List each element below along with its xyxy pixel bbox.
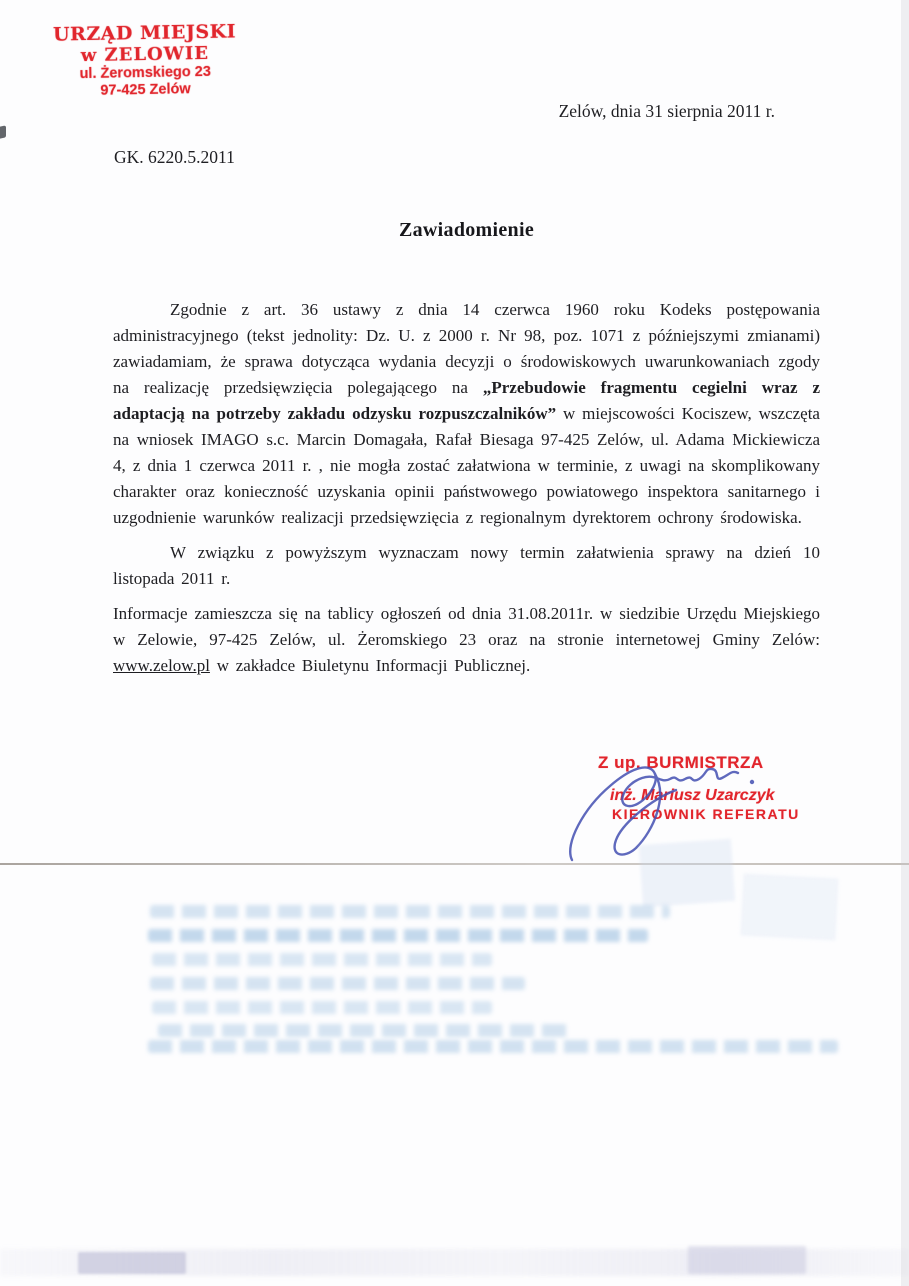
- document-title: Zawiadomienie: [113, 219, 820, 242]
- stamp-postal-code: 97-425 Zelów: [50, 80, 240, 100]
- body-paragraph: W związku z powyższym wyznaczam nowy ter…: [113, 540, 820, 592]
- scanned-letter-page: URZĄD MIEJSKI w ZELOWIE ul. Żeromskiego …: [0, 0, 909, 1286]
- date-line: Zelów, dnia 31 sierpnia 2011 r.: [559, 101, 775, 122]
- reference-number: GK. 6220.5.2011: [114, 147, 235, 168]
- body-paragraph: Zgodnie z art. 36 ustawy z dnia 14 czerw…: [113, 297, 820, 531]
- bleedthrough-line: [152, 953, 492, 966]
- body-text-segment: W związku z powyższym wyznaczam nowy ter…: [113, 543, 820, 588]
- bleedthrough-line: [148, 929, 648, 942]
- scan-fold-line: [0, 863, 909, 865]
- right-edge-scan-shadow: [901, 0, 909, 1286]
- office-letterhead-stamp: URZĄD MIEJSKI w ZELOWIE ul. Żeromskiego …: [49, 20, 240, 100]
- scan-smudge-patch: [639, 839, 735, 907]
- bleedthrough-line: [150, 977, 525, 990]
- website-url-text: www.zelow.pl: [113, 656, 210, 675]
- stamp-office-name: URZĄD MIEJSKI: [49, 20, 239, 45]
- scan-smudge-patch: [740, 874, 838, 941]
- body-text-segment: w zakładce Biuletynu Informacji Publiczn…: [210, 656, 530, 675]
- bleedthrough-line: [150, 905, 670, 918]
- bottom-scan-smudge: [78, 1252, 186, 1274]
- body-paragraph: Informacje zamieszcza się na tablicy ogł…: [113, 601, 820, 679]
- body-text-segment: Informacje zamieszcza się na tablicy ogł…: [113, 604, 820, 649]
- bottom-scan-smudge: [688, 1246, 806, 1274]
- letter-body: Zgodnie z art. 36 ustawy z dnia 14 czerw…: [113, 297, 820, 688]
- bleedthrough-line: [148, 1040, 838, 1053]
- bleedthrough-line: [158, 1024, 568, 1037]
- left-edge-scan-mark: [0, 125, 6, 138]
- bleedthrough-line: [152, 1001, 492, 1014]
